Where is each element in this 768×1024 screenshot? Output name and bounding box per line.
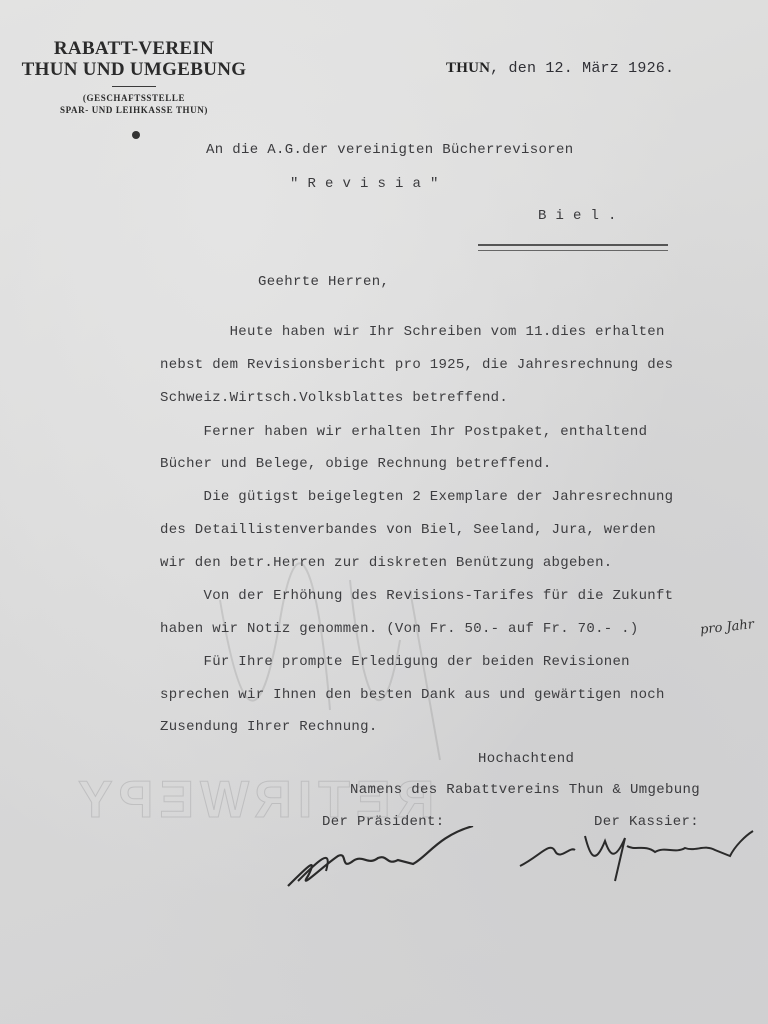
body-line: sprechen wir Ihnen den besten Dank aus u… [160,687,665,703]
body-line: des Detaillistenverbandes von Biel, Seel… [160,522,656,538]
body-line: Zusendung Ihrer Rechnung. [160,719,378,735]
body-line: Die gütigst beigelegten 2 Exemplare der … [160,489,673,505]
letterhead-office-line1: (GESCHAFTSSTELLE [0,92,268,104]
body-line: Ferner haben wir erhalten Ihr Postpaket,… [160,424,647,440]
rosette-icon [132,131,140,139]
president-signature [278,826,478,896]
dateline: THUN, den 12. März 1926. [446,60,674,77]
dateline-place: THUN [446,60,490,76]
letterhead-subtitle: THUN UND UMGEBUNG [0,59,268,80]
letterhead: RABATT-VEREIN THUN UND UMGEBUNG (GESCHAF… [0,38,268,139]
dateline-date: , den 12. März 1926. [490,60,674,77]
treasurer-signature [515,826,755,886]
recipient-line-1: An die A.G.der vereinigten Bücherrevisor… [206,142,574,158]
recipient-line-2: " R e v i s i a " [290,176,439,192]
body-line: Heute haben wir Ihr Schreiben vom 11.die… [160,324,665,340]
body-line: Von der Erhöhung des Revisions-Tarifes f… [160,588,673,604]
body-line: haben wir Notiz genommen. (Von Fr. 50.- … [160,621,639,637]
letterhead-divider [112,86,156,87]
salutation: Geehrte Herren, [258,274,389,290]
body-line: Bücher und Belege, obige Rechnung betref… [160,456,552,472]
address-underline [478,244,668,251]
closing-greeting: Hochachtend [478,751,574,767]
body-line: Für Ihre prompte Erledigung der beiden R… [160,654,630,670]
letterhead-title: RABATT-VEREIN [0,38,268,59]
letter-page: RETIRWEPY RABATT-VEREIN THUN UND UMGEBUN… [0,0,768,1024]
body-line: Schweiz.Wirtsch.Volksblattes betreffend. [160,390,508,406]
closing-on-behalf: Namens des Rabattvereins Thun & Umgebung [350,782,700,798]
letterhead-office-line2: SPAR- UND LEIHKASSE THUN) [0,104,268,116]
body-line: nebst dem Revisionsbericht pro 1925, die… [160,357,673,373]
body-line: wir den betr.Herren zur diskreten Benütz… [160,555,612,571]
recipient-line-3: B i e l . [538,208,617,224]
handwritten-annotation: pro Jahr [699,617,754,638]
